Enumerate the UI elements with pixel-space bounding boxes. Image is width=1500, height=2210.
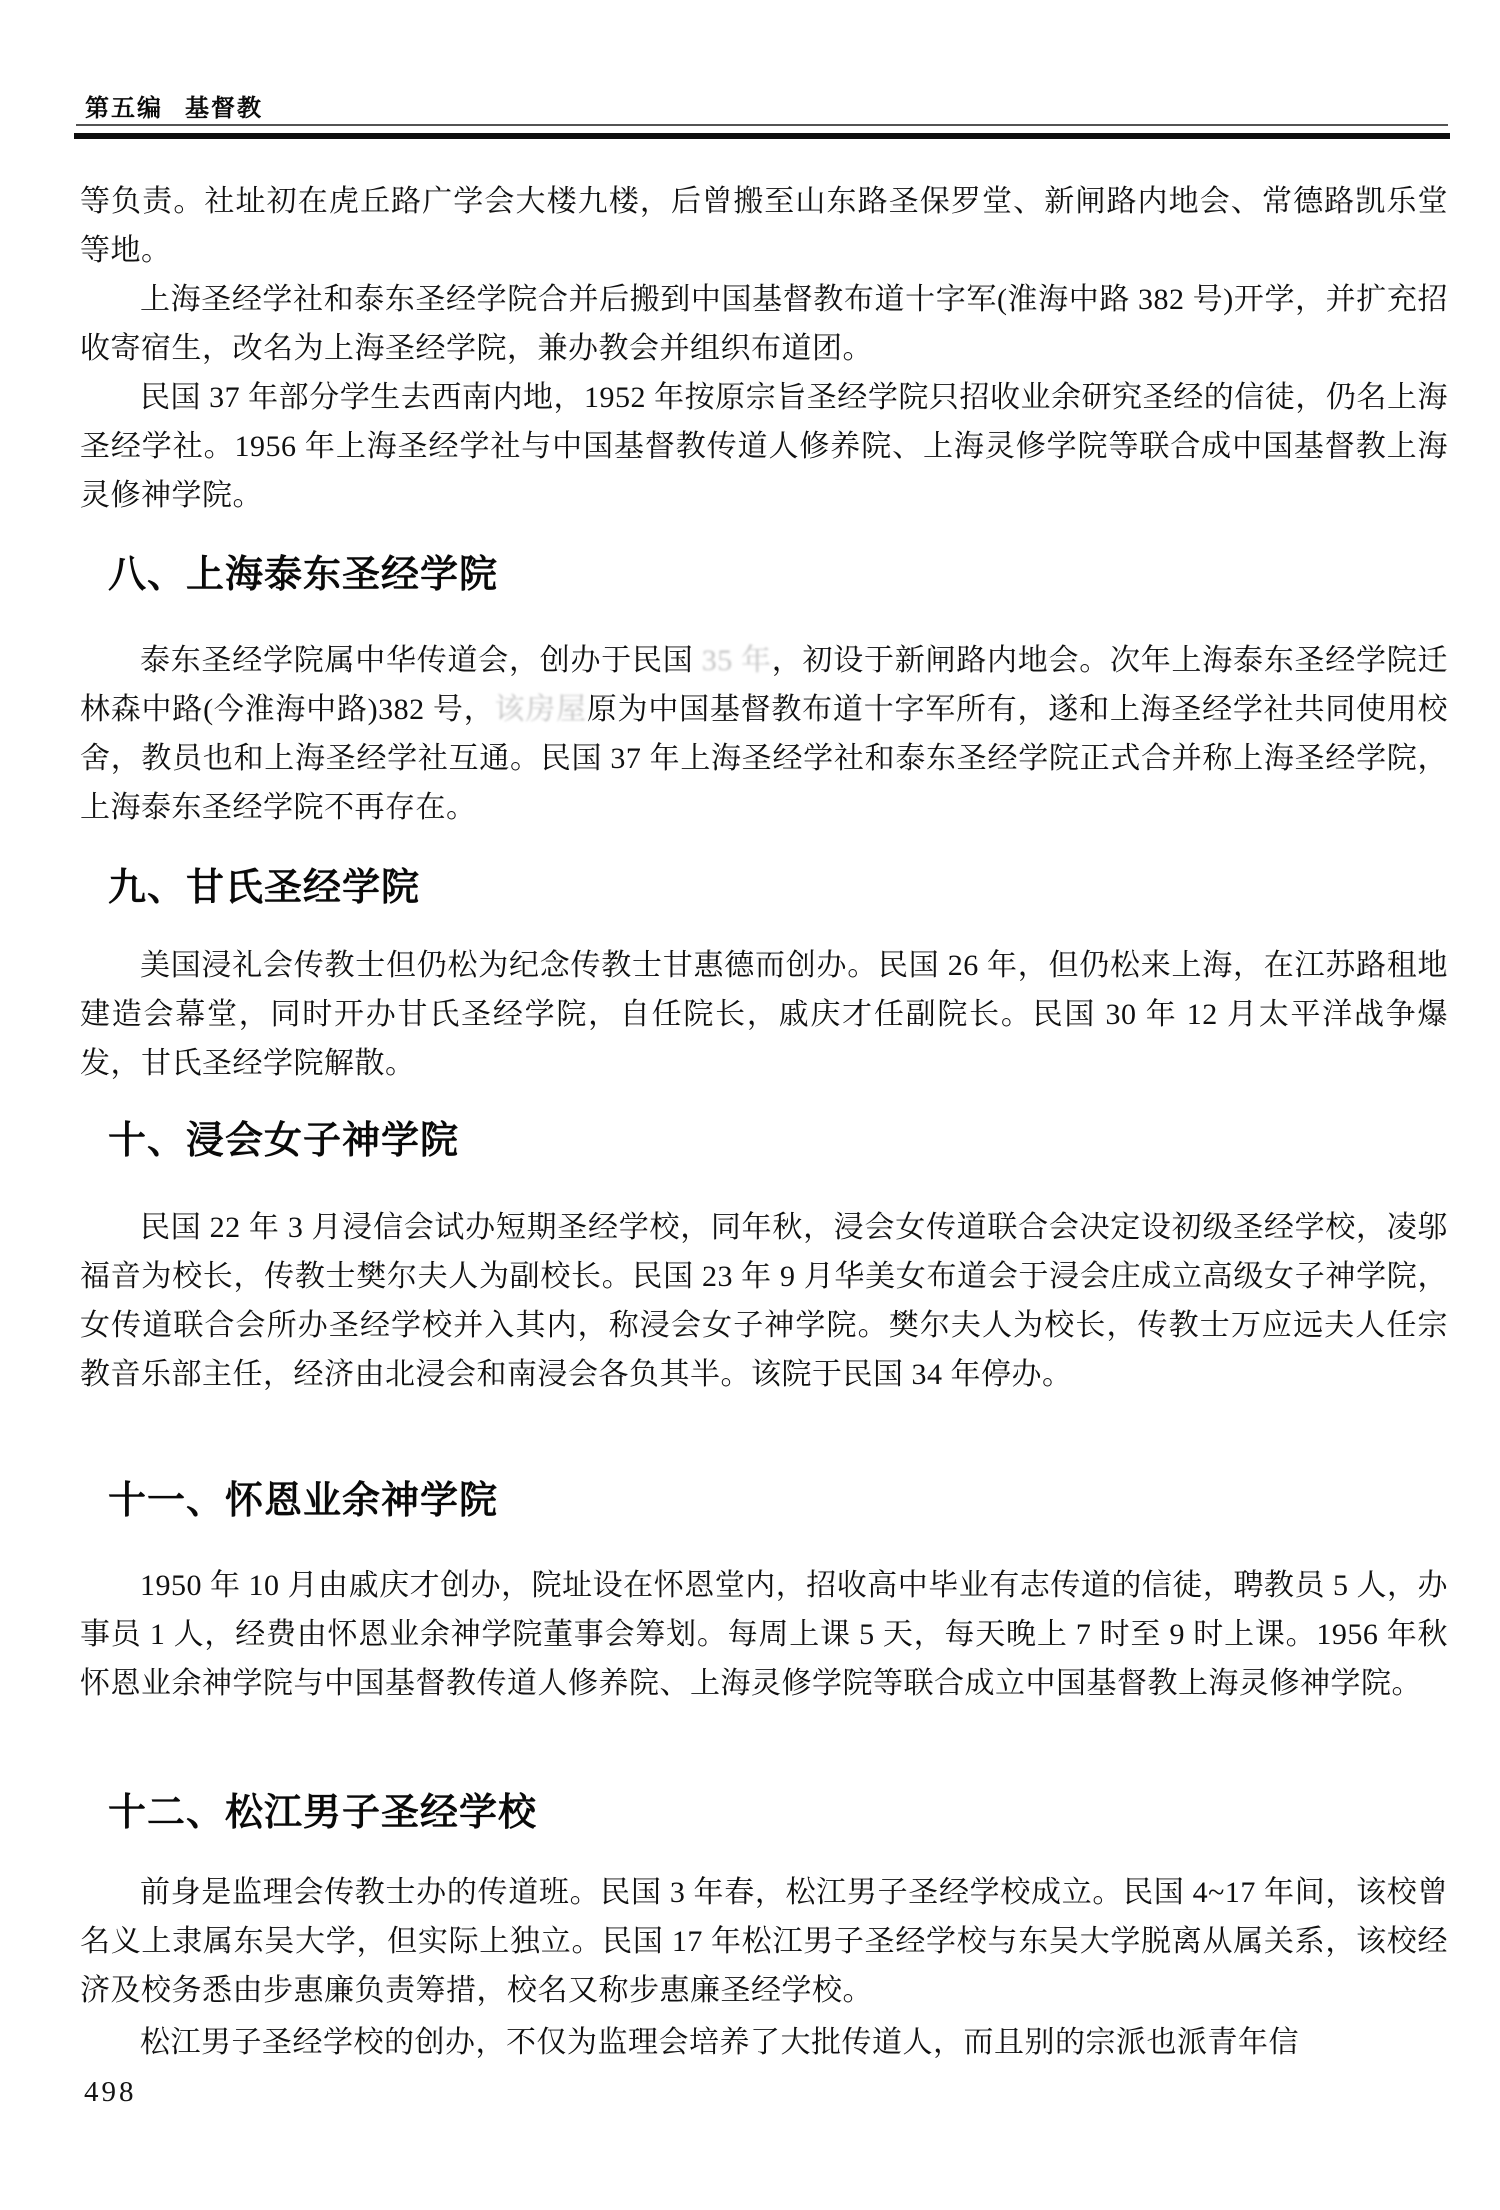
scanned-book-page: 第五编基督教 等负责。社址初在虎丘路广学会大楼九楼，后曾搬至山东路圣保罗堂、新闸… [0, 0, 1500, 2210]
taidong-text-1: 泰东圣经学院属中华传道会，创办于民国 [140, 644, 694, 677]
body-paragraph-huaien: 1950 年 10 月由戚庆才创办，院址设在怀恩堂内，招收高中毕业有志传道的信徒… [80, 1561, 1448, 1708]
section12-body-2: 松江男子圣经学校的创办，不仅为监理会培养了大批传道人，而且别的宗派也派青年信 [80, 2018, 1448, 2067]
running-head: 第五编基督教 [85, 88, 263, 123]
section-heading-8: 八、上海泰东圣经学院 [108, 553, 498, 597]
section12-body: 前身是监理会传教士办的传道班。民国 3 年春，松江男子圣经学校成立。民国 4~1… [80, 1868, 1448, 2015]
section-heading-12: 十二、松江男子圣经学校 [108, 1791, 537, 1835]
taidong-faded-year: 35 年 [694, 644, 772, 677]
body-paragraph-merge: 上海圣经学社和泰东圣经学院合并后搬到中国基督教布道十字军(淮海中路 382 号)… [80, 275, 1448, 373]
section8-body: 泰东圣经学院属中华传道会，创办于民国 35 年，初设于新闸路内地会。次年上海泰东… [80, 636, 1448, 832]
page-number: 498 [84, 2076, 137, 2109]
body-paragraph-continuation: 等负责。社址初在虎丘路广学会大楼九楼，后曾搬至山东路圣保罗堂、新闸路内地会、常德… [80, 177, 1448, 275]
section11-body: 1950 年 10 月由戚庆才创办，院址设在怀恩堂内，招收高中毕业有志传道的信徒… [80, 1561, 1448, 1708]
running-head-part: 第五编 [85, 95, 163, 122]
body-paragraph-songjiang-2: 松江男子圣经学校的创办，不仅为监理会培养了大批传道人，而且别的宗派也派青年信 [80, 2018, 1448, 2067]
body-paragraph-1948: 民国 37 年部分学生去西南内地，1952 年按原宗旨圣经学院只招收业余研究圣经… [80, 373, 1448, 520]
taidong-faded-house: 该房屋 [494, 693, 586, 726]
body-paragraph-jinhui: 民国 22 年 3 月浸信会试办短期圣经学校，同年秋，浸会女传道联合会决定设初级… [80, 1203, 1448, 1399]
intro-paragraphs: 等负责。社址初在虎丘路广学会大楼九楼，后曾搬至山东路圣保罗堂、新闸路内地会、常德… [80, 177, 1448, 520]
section-heading-10: 十、浸会女子神学院 [108, 1119, 459, 1163]
section10-body: 民国 22 年 3 月浸信会试办短期圣经学校，同年秋，浸会女传道联合会决定设初级… [80, 1203, 1448, 1399]
header-rule-thick [74, 133, 1450, 139]
body-paragraph-ganshi: 美国浸礼会传教士但仍松为纪念传教士甘惠德而创办。民国 26 年，但仍松来上海，在… [80, 941, 1448, 1088]
running-head-subject: 基督教 [185, 95, 263, 122]
section-heading-9: 九、甘氏圣经学院 [108, 866, 420, 910]
section9-body: 美国浸礼会传教士但仍松为纪念传教士甘惠德而创办。民国 26 年，但仍松来上海，在… [80, 941, 1448, 1088]
body-paragraph-taidong: 泰东圣经学院属中华传道会，创办于民国 35 年，初设于新闸路内地会。次年上海泰东… [80, 636, 1448, 832]
section-heading-11: 十一、怀恩业余神学院 [108, 1479, 498, 1523]
header-rule-thin [76, 124, 1448, 126]
body-paragraph-songjiang-1: 前身是监理会传教士办的传道班。民国 3 年春，松江男子圣经学校成立。民国 4~1… [80, 1868, 1448, 2015]
